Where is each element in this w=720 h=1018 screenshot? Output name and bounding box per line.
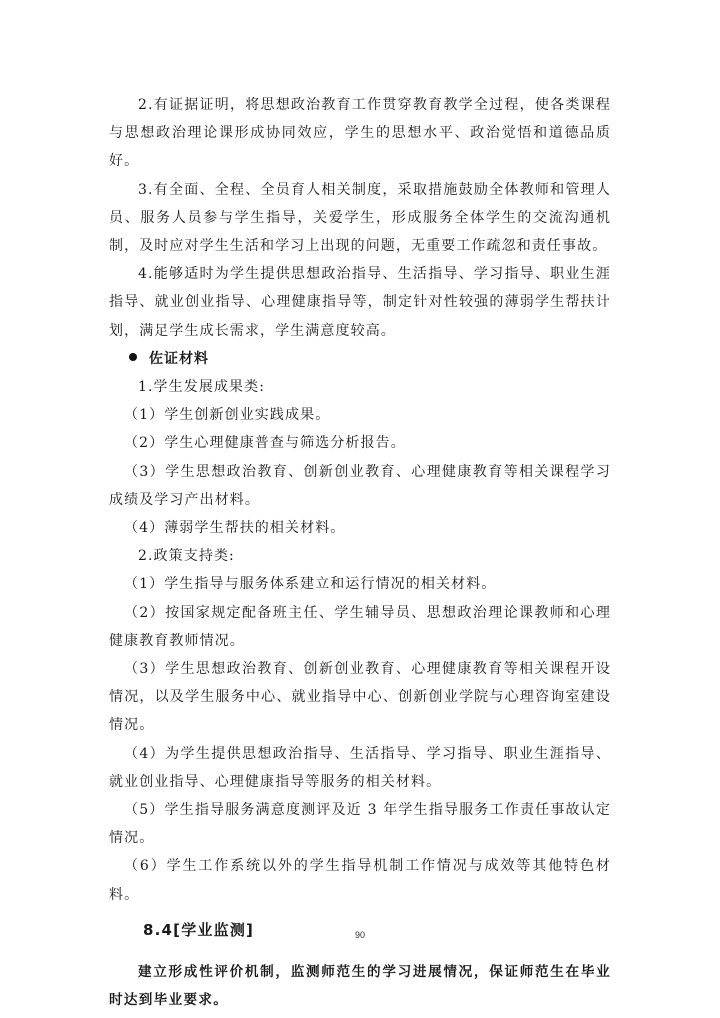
group2-item: （1）学生指导与服务体系建立和运行情况的相关材料。 xyxy=(109,570,611,598)
group1-title: 1.学生发展成果类: xyxy=(109,373,611,401)
group2-item: （6）学生工作系统以外的学生指导机制工作情况与成效等其他特色材料。 xyxy=(109,852,611,908)
evidence-label: 佐证材料 xyxy=(149,351,209,367)
group1-item: （3）学生思想政治教育、创新创业教育、心理健康教育等相关课程学习成绩及学习产出材… xyxy=(109,458,611,514)
group2-item: （4）为学生提供思想政治指导、生活指导、学习指导、职业生涯指导、就业创业指导、心… xyxy=(109,740,611,796)
bullet-icon xyxy=(129,353,137,361)
page-number: 90 xyxy=(0,930,720,940)
evidence-heading: 佐证材料 xyxy=(109,345,611,373)
document-page: 2.有证据证明，将思想政治教育工作贯穿教育教学全过程，使各类课程与思想政治理论课… xyxy=(109,91,611,1014)
group1-item: （2）学生心理健康普查与筛选分析报告。 xyxy=(109,429,611,457)
paragraph-item-3: 3.有全面、全程、全员育人相关制度，采取措施鼓励全体教师和管理人员、服务人员参与… xyxy=(109,176,611,261)
group2-item: （3）学生思想政治教育、创新创业教育、心理健康教育等相关课程开设情况，以及学生服… xyxy=(109,655,611,740)
group1-item: （4）薄弱学生帮扶的相关材料。 xyxy=(109,514,611,542)
group1-item: （1）学生创新创业实践成果。 xyxy=(109,401,611,429)
group2-item: （5）学生指导服务满意度测评及近 3 年学生指导服务工作责任事故认定情况。 xyxy=(109,796,611,852)
group2-title: 2.政策支持类: xyxy=(109,542,611,570)
section-statement: 建立形成性评价机制，监测师范生的学习进展情况，保证师范生在毕业时达到毕业要求。 xyxy=(109,958,611,1014)
paragraph-item-4: 4.能够适时为学生提供思想政治指导、生活指导、学习指导、职业生涯指导、就业创业指… xyxy=(109,260,611,345)
paragraph-item-2: 2.有证据证明，将思想政治教育工作贯穿教育教学全过程，使各类课程与思想政治理论课… xyxy=(109,91,611,176)
group2-item: （2）按国家规定配备班主任、学生辅导员、思想政治理论课教师和心理健康教育教师情况… xyxy=(109,599,611,655)
